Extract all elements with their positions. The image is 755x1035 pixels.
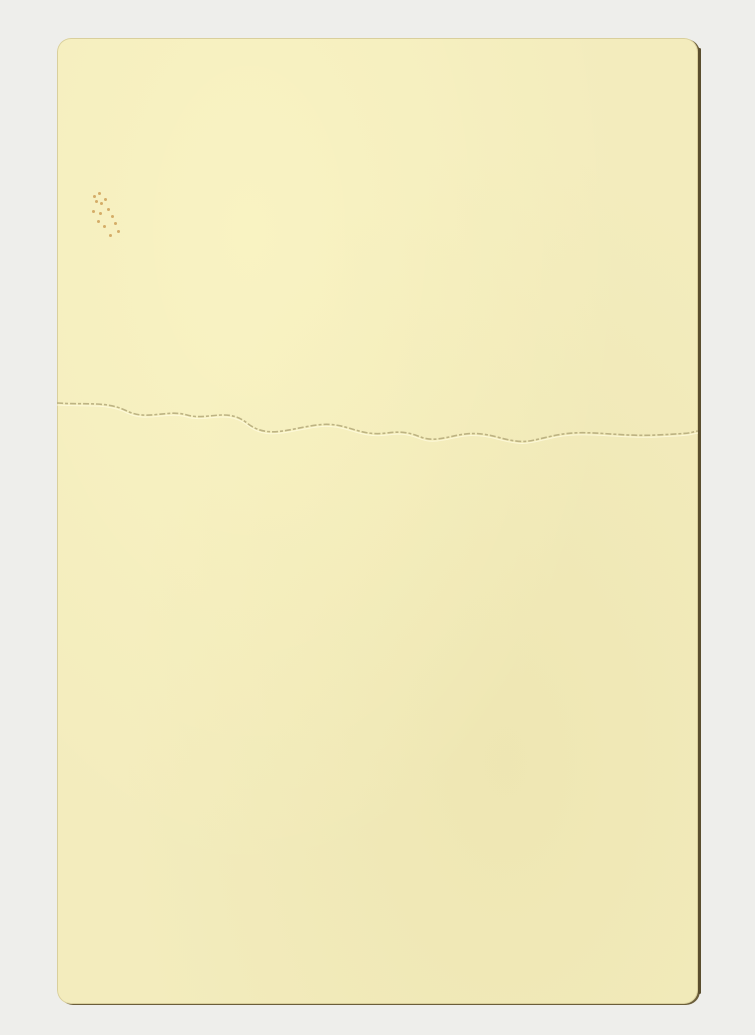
crease-line	[57, 393, 698, 463]
card-back	[57, 38, 698, 1004]
foxing-spots	[89, 190, 139, 250]
